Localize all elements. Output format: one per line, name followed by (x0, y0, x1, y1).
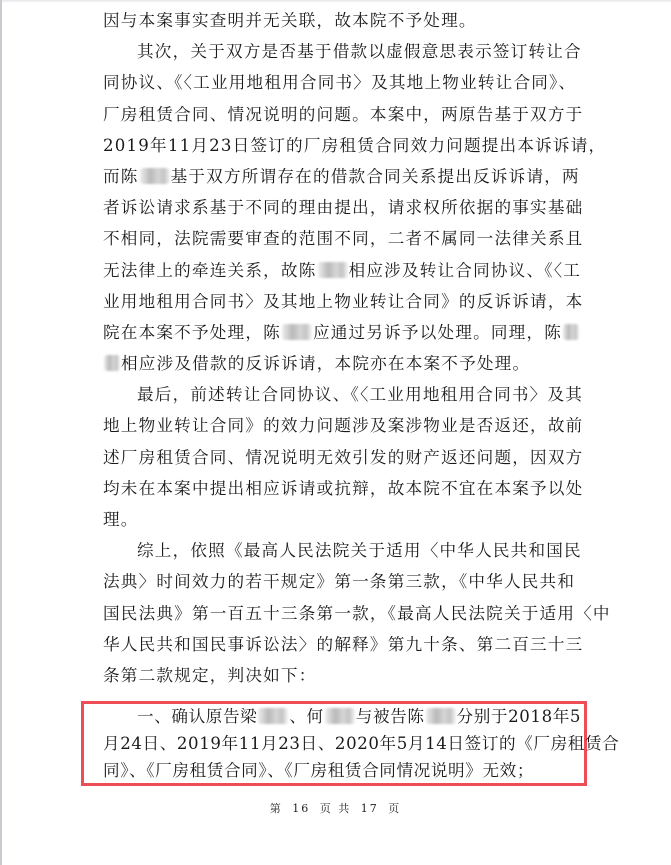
text-line: 最后，前述转让合同协议、《〈工业用地租用合同书〉及其 (103, 379, 593, 410)
text-segment: 述厂房租赁合同、情况说明无效引发的财产返还问题，因双方 (103, 448, 583, 467)
text-line: 不相同，法院需要审查的范围不同，二者不属同一法律关系且 (103, 223, 593, 254)
text-segment: 基于双方所谓存在的借款合同关系提出反诉诉请，两 (171, 167, 580, 186)
document-page: 因与本案事实查明并无关联，故本院不予处理。其次，关于双方是否基于借款以虚假意思表… (0, 0, 671, 865)
redacted-name-blur (282, 324, 312, 340)
text-line: 华人民共和国民事诉讼法〉的解释》第九十条、第二百三十三 (103, 629, 593, 660)
text-segment: 同协议、《〈工业用地租用合同书〉及其地上物业转让合同》、 (103, 73, 576, 92)
page-number-footer: 第 16 页 共 17 页 (0, 800, 671, 816)
text-segment: 无法律上的牵连关系，故陈 (103, 261, 317, 280)
text-segment: 业用地租用合同书〉及其地上物业转让合同》的反诉诉请，本 (103, 292, 583, 311)
text-line: 厂房租赁合同、情况说明的问题。本案中，两原告基于双方于 (103, 99, 593, 130)
text-line: 理。 (103, 504, 593, 535)
text-line: 均未在本案中提出相应诉请或抗辩，故本院不宜在本案予以处 (103, 473, 593, 504)
text-line: 国民法典》第一百五十三条第一款，《最高人民法院关于适用〈中 (103, 598, 593, 629)
footer-prefix: 第 (270, 802, 283, 815)
text-line: 而陈基于双方所谓存在的借款合同关系提出反诉诉请，两 (103, 161, 593, 192)
text-line: 无法律上的牵连关系，故陈相应涉及转让合同协议、《〈工 (103, 255, 593, 286)
left-page-edge (0, 0, 2, 865)
text-line: 因与本案事实查明并无关联，故本院不予处理。 (103, 5, 593, 36)
text-line: 者诉讼请求系基于不同的理由提出，请求权所依据的事实基础 (103, 192, 593, 223)
judgment-ruling-item-1: 一、确认原告梁、何与被告陈分别于2018年5月24日、2019年11月23日、2… (103, 703, 593, 784)
text-segment: 厂房租赁合同、情况说明的问题。本案中，两原告基于双方于 (103, 105, 583, 124)
text-segment: 法典〉时间效力的若干规定》第一条第三款，《中华人民共和 (103, 572, 575, 591)
text-segment: 、何 (289, 707, 323, 726)
text-line: 同》、《厂房租赁合同》、《厂房租赁合同情况说明》无效； (103, 757, 593, 784)
paragraph-p1: 其次，关于双方是否基于借款以虚假意思表示签订转让合同协议、《〈工业用地租用合同书… (103, 36, 593, 379)
text-line: 地上物业转让合同》的效力问题涉及案涉物业是否返还，故前 (103, 410, 593, 441)
text-segment: 理。 (103, 510, 139, 529)
paragraph-p3: 综上，依照《最高人民法院关于适用〈中华人民共和国民法典〉时间效力的若干规定》第一… (103, 535, 593, 691)
text-segment: 同》、《厂房租赁合同》、《厂房租赁合同情况说明》无效； (103, 761, 534, 780)
text-segment: 应通过另诉予以处理。同理，陈 (313, 323, 562, 342)
text-line: 业用地租用合同书〉及其地上物业转让合同》的反诉诉请，本 (103, 286, 593, 317)
text-segment: 地上物业转让合同》的效力问题涉及案涉物业是否返还，故前 (103, 416, 583, 435)
text-line: 月24日、2019年11月23日、2020年5月14日签订的《厂房租赁合 (103, 730, 593, 757)
text-segment: 最后，前述转让合同协议、《〈工业用地租用合同书〉及其 (137, 385, 583, 404)
text-line: 院在本案不予处理，陈应通过另诉予以处理。同理，陈 (103, 317, 593, 348)
text-segment: 其次，关于双方是否基于借款以虚假意思表示签订转让合 (137, 42, 582, 61)
text-segment: 2019年11月23日签订的厂房租赁合同效力问题提出本诉诉请， (103, 136, 606, 155)
text-line: 条第二款规定，判决如下： (103, 660, 593, 691)
redacted-name-blur (140, 168, 170, 184)
text-line: 法典〉时间效力的若干规定》第一条第三款，《中华人民共和 (103, 566, 593, 597)
text-segment: 相应涉及转让合同协议、《〈工 (349, 261, 582, 280)
text-segment: 国民法典》第一百五十三条第一款，《最高人民法院关于适用〈中 (103, 604, 611, 623)
text-line: 相应涉及借款的反诉诉请，本院亦在本案不予处理。 (103, 348, 593, 379)
text-segment: 因与本案事实查明并无关联，故本院不予处理。 (103, 11, 477, 30)
footer-middle: 页 共 (320, 802, 352, 815)
top-edge-shadow (0, 0, 671, 3)
judgment-body-text: 因与本案事实查明并无关联，故本院不予处理。其次，关于双方是否基于借款以虚假意思表… (103, 5, 593, 691)
text-line: 2019年11月23日签订的厂房租赁合同效力问题提出本诉诉请， (103, 130, 593, 161)
redacted-name-blur (318, 262, 348, 278)
paragraph-p2: 最后，前述转让合同协议、《〈工业用地租用合同书〉及其地上物业转让合同》的效力问题… (103, 379, 593, 535)
current-page-number: 16 (292, 802, 310, 815)
redacted-name-blur (325, 708, 355, 724)
redacted-name-blur (258, 708, 288, 724)
footer-suffix: 页 (388, 802, 401, 815)
text-segment: 条第二款规定，判决如下： (103, 666, 317, 685)
text-line: 其次，关于双方是否基于借款以虚假意思表示签订转让合 (103, 36, 593, 67)
text-line: 述厂房租赁合同、情况说明无效引发的财产返还问题，因双方 (103, 442, 593, 473)
text-segment: 华人民共和国民事诉讼法〉的解释》第九十条、第二百三十三 (103, 635, 583, 654)
text-segment: 不相同，法院需要审查的范围不同，二者不属同一法律关系且 (103, 229, 583, 248)
text-segment: 均未在本案中提出相应诉请或抗辩，故本院不宜在本案予以处 (103, 479, 583, 498)
text-segment: 者诉讼请求系基于不同的理由提出，请求权所依据的事实基础 (103, 198, 583, 217)
text-segment: 相应涉及借款的反诉诉请，本院亦在本案不予处理。 (121, 354, 530, 373)
text-segment: 月24日、2019年11月23日、2020年5月14日签订的《厂房租赁合 (103, 734, 619, 753)
text-segment: 一、确认原告梁 (137, 707, 257, 726)
redacted-name-blur (104, 355, 120, 371)
redacted-name-blur (563, 324, 579, 340)
text-line: 同协议、《〈工业用地租用合同书〉及其地上物业转让合同》、 (103, 67, 593, 98)
text-segment: 而陈 (103, 167, 139, 186)
text-line: 一、确认原告梁、何与被告陈分别于2018年5 (103, 703, 593, 730)
text-segment: 院在本案不予处理，陈 (103, 323, 281, 342)
text-segment: 与被告陈 (356, 707, 425, 726)
text-segment: 分别于2018年5 (457, 707, 582, 726)
text-line: 综上，依照《最高人民法院关于适用〈中华人民共和国民 (103, 535, 593, 566)
text-segment: 综上，依照《最高人民法院关于适用〈中华人民共和国民 (137, 541, 582, 560)
redacted-name-blur (426, 708, 456, 724)
paragraph-p0: 因与本案事实查明并无关联，故本院不予处理。 (103, 5, 593, 36)
total-page-count: 17 (361, 802, 379, 815)
